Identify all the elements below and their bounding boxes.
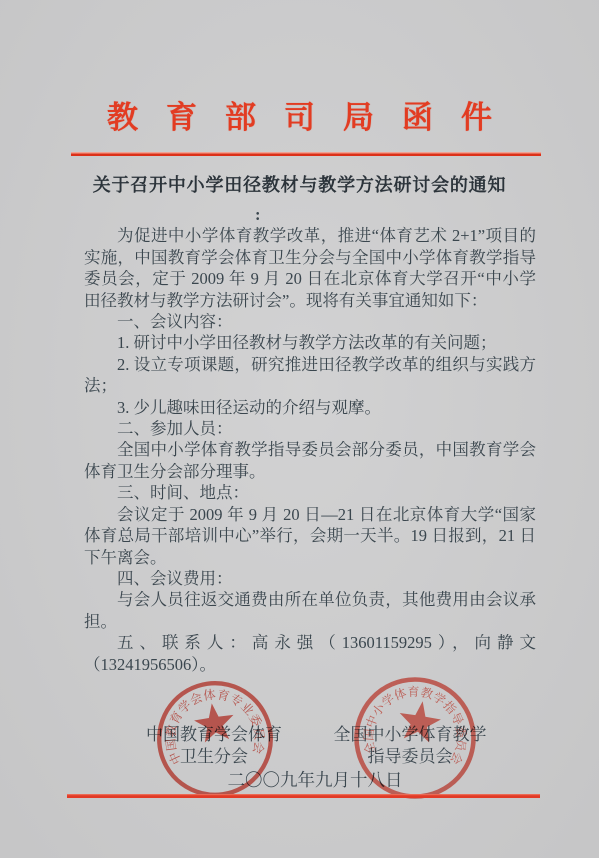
body-paragraph: 1. 研讨中小学田径教材与教学方法改革的有关问题； [84,332,536,353]
body-paragraph: 二、参加人员： [84,418,536,439]
body-paragraph: 一、会议内容： [84,311,536,332]
official-seal-left: 中国教育学会体育专业委员会 [154,678,276,800]
agency-letterhead-title: 教育部司局函件 [0,92,599,137]
salutation-colon: : [84,204,536,225]
body-paragraph: 为促进中小学体育教学改革，推进“体育艺术 2+1”项目的实施，中国教育学会体育卫… [84,225,536,311]
seal-right-graphic: 全国中小学体育教学指导委员会 [351,674,479,802]
body-paragraph: 四、会议费用： [84,568,536,589]
star-icon [192,701,237,744]
body-paragraph: 三、时间、地点： [84,482,536,503]
letterhead-red-rule [71,152,541,156]
body-paragraph: 会议定于 2009 年 9 月 20 日—21 日在北京体育大学“国家体育总局干… [84,504,536,568]
body-paragraph: 与会人员往返交通费由所在单位负责，其他费用由会议承担。 [84,589,536,632]
body-paragraph: 3. 少儿趣味田径运动的介绍与观摩。 [84,397,536,418]
official-seal-right: 全国中小学体育教学指导委员会 [351,674,479,802]
footer-red-rule [67,794,540,798]
document-body: : 为促进中小学体育教学改革，推进“体育艺术 2+1”项目的实施，中国教育学会体… [84,204,536,675]
seal-left-graphic: 中国教育学会体育专业委员会 [154,678,276,800]
body-paragraph: 2. 设立专项课题，研究推进田径教学改革的组织与实践方法； [84,354,536,397]
body-paragraph: 五、联系人：高永强（13601159295），向静文（13241956506）。 [84,632,536,675]
body-paragraph: 全国中小学体育教学指导委员会部分委员，中国教育学会体育卫生分会部分理事。 [84,439,536,482]
scanned-document-page: 教育部司局函件 关于召开中小学田径教材与教学方法研讨会的通知 : 为促进中小学体… [0,0,599,858]
document-title: 关于召开中小学田径教材与教学方法研讨会的通知 [0,171,599,197]
